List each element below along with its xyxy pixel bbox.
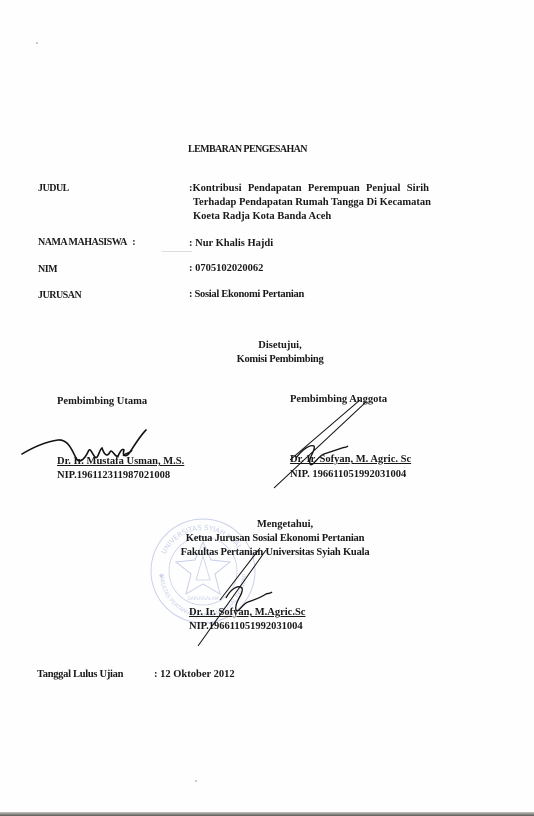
nama-value: : Nur Khalis Hajdi bbox=[189, 238, 273, 249]
nama-label: NAMA MAHASISWA : bbox=[38, 237, 135, 248]
approval-heading-line1: Disetujui, bbox=[180, 339, 380, 353]
scan-speck bbox=[195, 780, 197, 782]
exam-date-label: Tanggal Lulus Ujian bbox=[37, 669, 123, 680]
head-signature bbox=[190, 548, 310, 648]
judul-line-3: Koeta Radja Kota Banda Aceh bbox=[189, 210, 429, 224]
judul-label: JUDUL bbox=[38, 183, 69, 194]
document-page: LEMBARAN PENGESAHAN JUDUL :Kontribusi Pe… bbox=[0, 0, 534, 812]
judul-value: :Kontribusi Pendapatan Perempuan Penjual… bbox=[189, 182, 429, 224]
svg-text:★: ★ bbox=[158, 572, 164, 580]
member-advisor-nip: NIP. 196611051992031004 bbox=[290, 469, 406, 480]
page-title: LEMBARAN PENGESAHAN bbox=[188, 144, 307, 155]
head-name: Dr. Ir. Sofyan, M.Agric.Sc bbox=[189, 607, 305, 618]
judul-line-1: :Kontribusi Pendapatan Perempuan Penjual… bbox=[189, 182, 429, 196]
acknowledgement-line1: Mengetahui, bbox=[130, 518, 420, 532]
acknowledgement-line2: Ketua Jurusan Sosial Ekonomi Pertanian bbox=[130, 532, 420, 546]
nim-label: NIM bbox=[38, 264, 57, 275]
scan-speck bbox=[36, 42, 38, 44]
main-advisor-role: Pembimbing Utama bbox=[57, 396, 147, 407]
jurusan-value: : Sosial Ekonomi Pertanian bbox=[189, 289, 304, 300]
approval-heading-line2: Komisi Pembimbing bbox=[180, 353, 380, 367]
nim-value: : 0705102020062 bbox=[189, 263, 263, 274]
jurusan-label: JURUSAN bbox=[38, 290, 81, 301]
member-advisor-name: Dr. Ir. Sofyan, M. Agric. Sc bbox=[290, 454, 411, 465]
exam-date-value: : 12 Oktober 2012 bbox=[154, 669, 235, 680]
head-nip: NIP.196611051992031004 bbox=[189, 621, 303, 632]
nama-underline bbox=[162, 251, 192, 252]
scan-bottom-edge bbox=[0, 812, 534, 816]
main-advisor-name: Dr. Ir. Mustafa Usman, M.S. bbox=[57, 456, 184, 467]
approval-heading: Disetujui, Komisi Pembimbing bbox=[180, 339, 380, 367]
main-advisor-nip: NIP.196112311987021008 bbox=[57, 470, 170, 481]
judul-line-2: Terhadap Pendapatan Rumah Tangga Di Keca… bbox=[189, 196, 429, 210]
